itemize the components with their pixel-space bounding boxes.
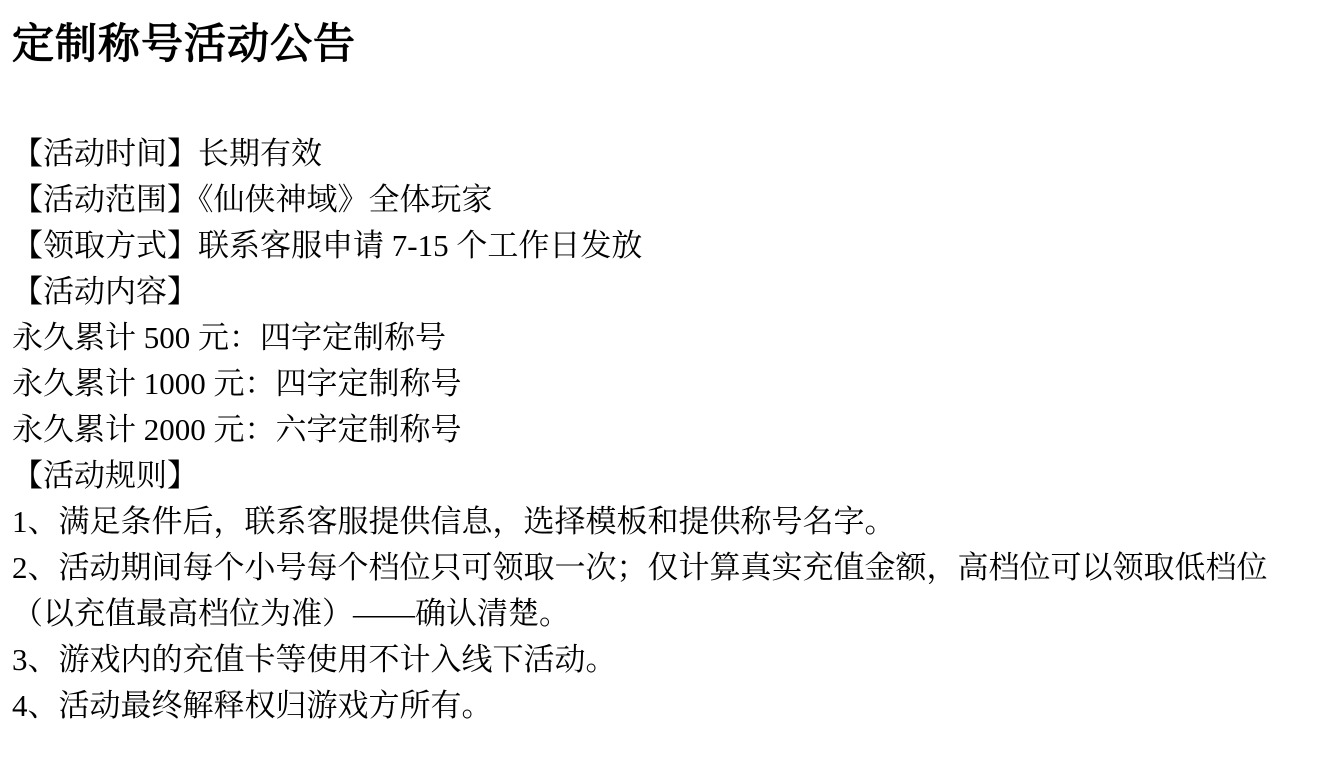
announcement-body: 【活动时间】长期有效 【活动范围】《仙侠神域》全体玩家 【领取方式】联系客服申请… bbox=[12, 131, 1314, 729]
line-activity-content-header: 【活动内容】 bbox=[12, 269, 1314, 315]
line-tier-500: 永久累计 500 元：四字定制称号 bbox=[12, 315, 1314, 361]
line-activity-time: 【活动时间】长期有效 bbox=[12, 131, 1314, 177]
line-tier-2000: 永久累计 2000 元：六字定制称号 bbox=[12, 407, 1314, 453]
line-rule-4: 4、活动最终解释权归游戏方所有。 bbox=[12, 683, 1314, 729]
line-rule-1: 1、满足条件后，联系客服提供信息，选择模板和提供称号名字。 bbox=[12, 499, 1314, 545]
announcement-page: 定制称号活动公告 【活动时间】长期有效 【活动范围】《仙侠神域》全体玩家 【领取… bbox=[0, 0, 1328, 765]
line-tier-1000: 永久累计 1000 元：四字定制称号 bbox=[12, 361, 1314, 407]
line-activity-scope: 【活动范围】《仙侠神域》全体玩家 bbox=[12, 177, 1314, 223]
line-claim-method: 【领取方式】联系客服申请 7-15 个工作日发放 bbox=[12, 223, 1314, 269]
line-rule-3: 3、游戏内的充值卡等使用不计入线下活动。 bbox=[12, 637, 1314, 683]
line-activity-rules-header: 【活动规则】 bbox=[12, 453, 1314, 499]
page-title: 定制称号活动公告 bbox=[12, 18, 1314, 71]
line-rule-2: 2、活动期间每个小号每个档位只可领取一次；仅计算真实充值金额，高档位可以领取低档… bbox=[12, 545, 1314, 637]
